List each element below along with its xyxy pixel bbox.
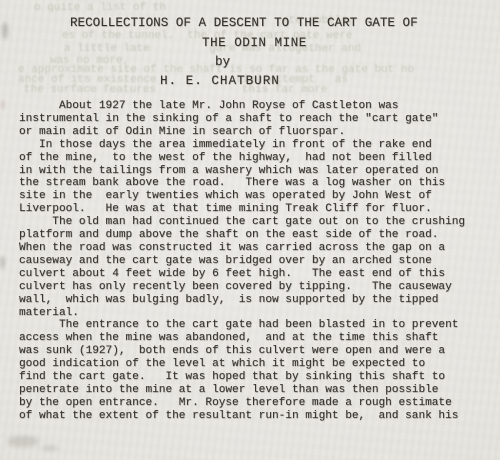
byline: by bbox=[215, 56, 230, 69]
body-line: site in the early twenties which was ope… bbox=[19, 190, 465, 203]
document-body: About 1927 the late Mr. John Royse of Ca… bbox=[19, 100, 465, 423]
body-line: of what the extent of the resultant run-… bbox=[19, 410, 465, 423]
body-line: culvert about 4 feet wide by 6 feet high… bbox=[19, 268, 465, 281]
body-line: of the mine, to the west of the highway,… bbox=[19, 152, 465, 165]
scanned-page: o quite a list of thate subtle,es of the… bbox=[0, 0, 500, 460]
bleedthrough-text: o quite a list of th bbox=[34, 2, 166, 14]
body-line: was sunk (1927), both ends of this culve… bbox=[19, 345, 465, 358]
ink-smudge bbox=[42, 445, 58, 451]
body-line: Liverpool. He was at that time mining Tr… bbox=[19, 203, 465, 216]
body-line: find the cart gate. It was hoped that by… bbox=[19, 371, 465, 384]
body-line: platform and dump above the shaft on the… bbox=[19, 229, 465, 242]
author-name: H. E. CHATBURN bbox=[160, 75, 280, 88]
body-line: by the open entrance. Mr. Royse therefor… bbox=[19, 397, 465, 410]
body-line: About 1927 the late Mr. John Royse of Ca… bbox=[19, 100, 465, 113]
body-line: wall, which was bulging badly, is now su… bbox=[19, 294, 465, 307]
body-line: causeway and the cart gate was bridged o… bbox=[19, 255, 465, 268]
document-title: RECOLLECTIONS OF A DESCENT TO THE CART G… bbox=[70, 17, 418, 30]
document-subtitle: THE ODIN MINE bbox=[202, 37, 307, 50]
body-line: material. bbox=[19, 307, 465, 320]
body-line: When the road was constructed it was car… bbox=[19, 242, 465, 255]
ink-smudge bbox=[7, 436, 39, 447]
body-line: The entrance to the cart gate had been b… bbox=[19, 319, 465, 332]
body-line: the stream bank above the road. There wa… bbox=[19, 177, 465, 190]
bleedthrough-text: was no more, bbox=[50, 55, 129, 67]
ink-smudge bbox=[0, 256, 5, 269]
body-line: access when the mine was abandoned, and … bbox=[19, 332, 465, 345]
body-line: penetrate into the mine at a lower level… bbox=[19, 384, 465, 397]
body-line: culvert has only recently been covered b… bbox=[19, 281, 465, 294]
body-line: The old man had continued the cart gate … bbox=[19, 216, 465, 229]
body-line: good indication of the level at which it… bbox=[19, 358, 465, 371]
body-line: or main adit of Odin Mine in search of f… bbox=[19, 126, 465, 139]
body-line: instrumental in the sinking of a shaft t… bbox=[19, 113, 465, 126]
ink-smudge bbox=[2, 22, 8, 39]
ink-smudge bbox=[1, 100, 5, 110]
body-line: In those days the area immediately in fr… bbox=[19, 139, 465, 152]
body-line: in with the tailings from a washery whic… bbox=[19, 165, 465, 178]
